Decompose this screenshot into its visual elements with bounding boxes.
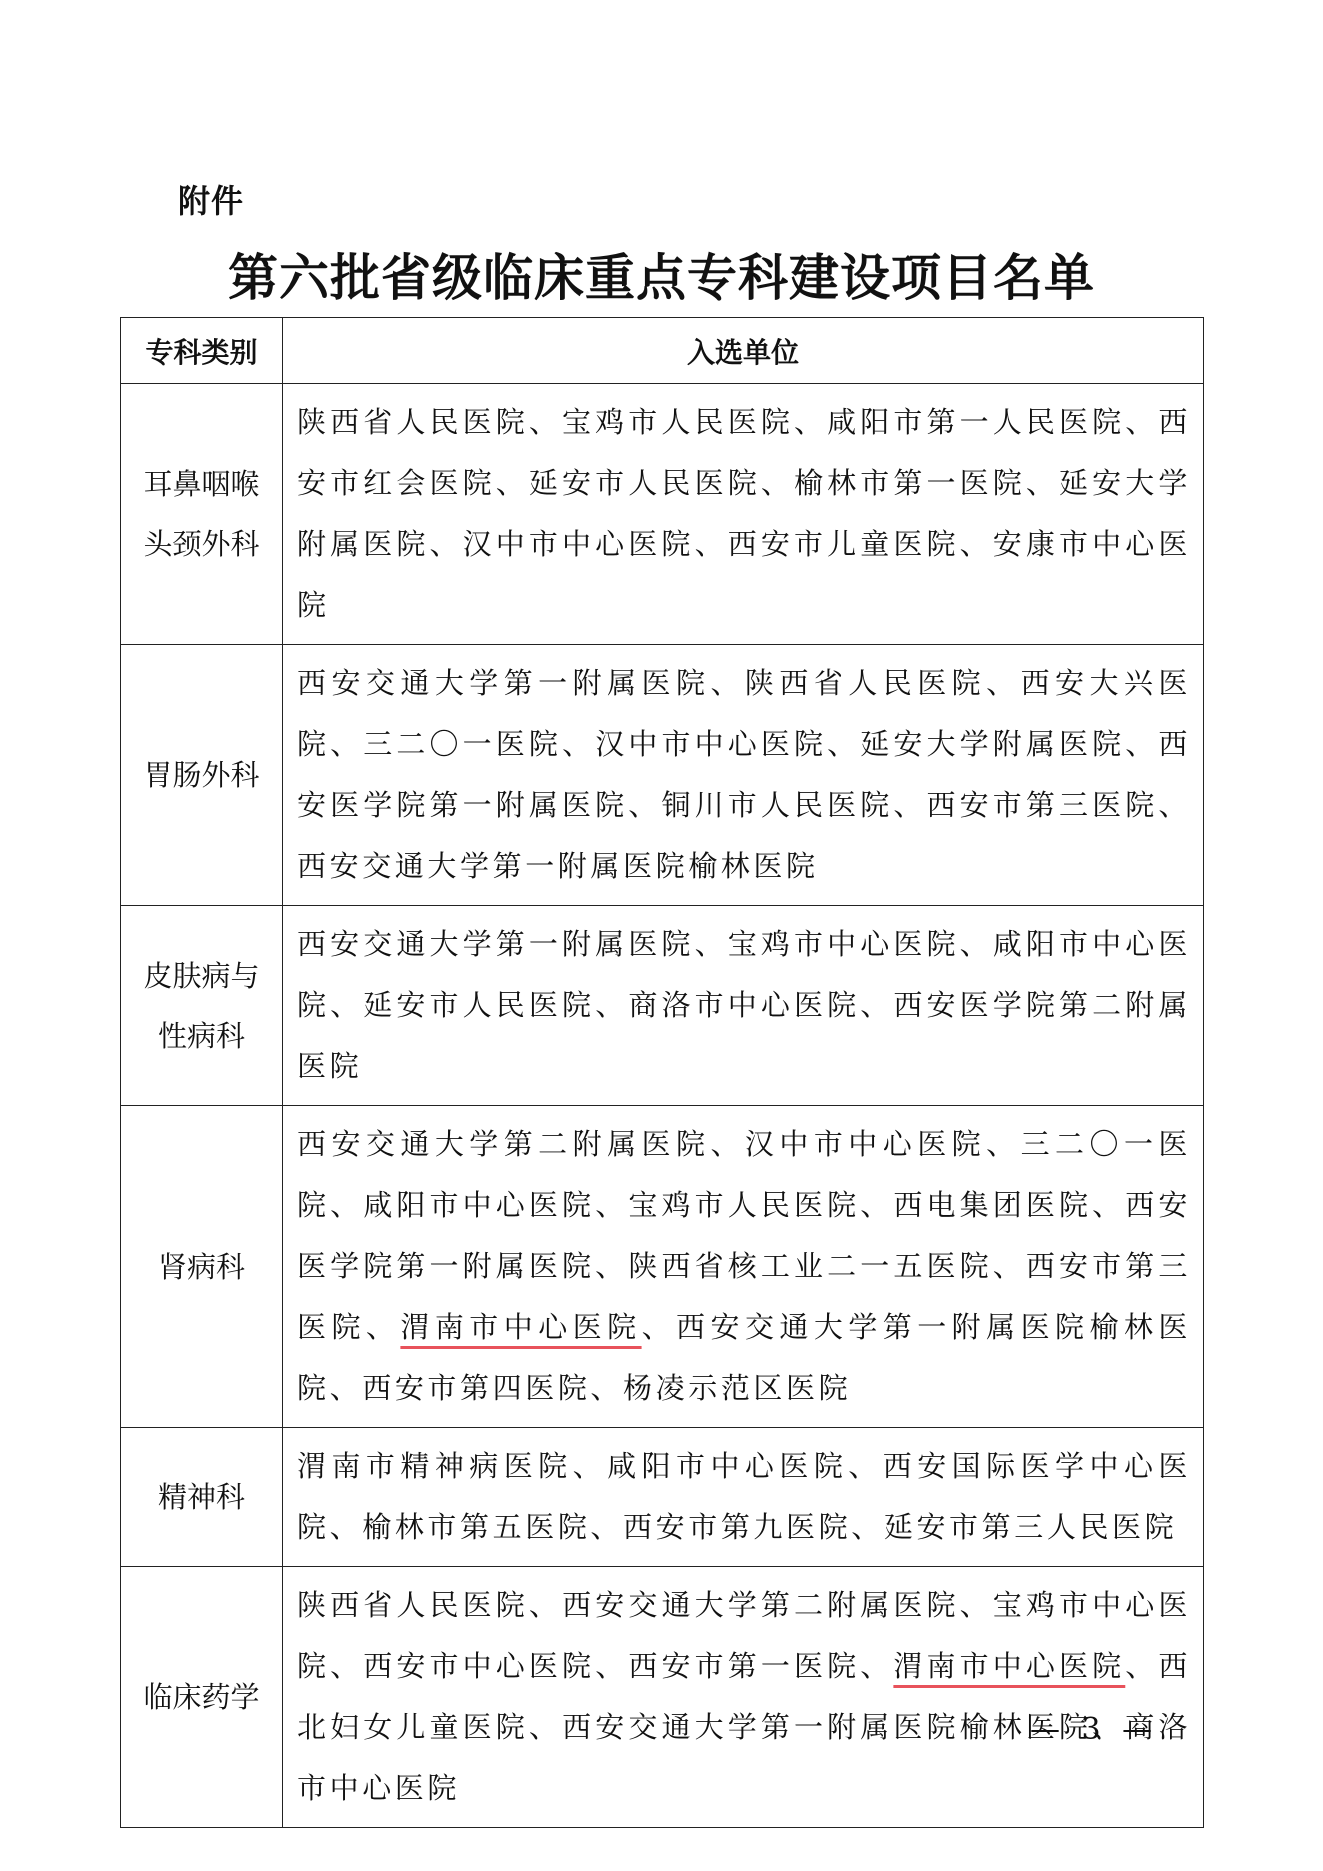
separator: 、	[993, 1249, 1026, 1283]
separator: 、	[860, 1649, 893, 1683]
separator: 、	[710, 666, 744, 700]
unit-name: 榆林市第五医院	[362, 1510, 590, 1544]
category-line: 肾病科	[131, 1237, 272, 1297]
separator: 、	[1158, 788, 1191, 822]
separator: 、	[430, 527, 463, 561]
unit-name: 西安市儿童医院	[728, 527, 960, 561]
unit-name: 延安市人民医院	[363, 988, 595, 1022]
category-line: 临床药学	[131, 1667, 272, 1727]
unit-name: 西安市第一医院	[628, 1649, 860, 1683]
separator: 、	[1026, 466, 1059, 500]
separator: 、	[642, 1310, 676, 1344]
separator: 、	[893, 788, 926, 822]
separator: 、	[1092, 1188, 1125, 1222]
separator: 、	[496, 466, 529, 500]
page-number: — 3 —	[1030, 1712, 1158, 1747]
separator: 、	[960, 527, 993, 561]
separator: 、	[595, 988, 628, 1022]
category-line: 性病科	[131, 1006, 272, 1066]
category-line: 胃肠外科	[131, 745, 272, 805]
selected-units: 西安交通大学第二附属医院、汉中市中心医院、三二〇一医院、咸阳市中心医院、宝鸡市人…	[283, 1106, 1204, 1428]
selected-units: 渭南市精神病医院、咸阳市中心医院、西安国际医学中心医院、榆林市第五医院、西安市第…	[283, 1428, 1204, 1567]
unit-name: 三二〇一医院	[363, 727, 562, 761]
selected-units: 西安交通大学第一附属医院、陕西省人民医院、西安大兴医院、三二〇一医院、汉中市中心…	[283, 645, 1204, 906]
separator: 、	[710, 1127, 744, 1161]
attachment-label: 附件	[178, 176, 244, 222]
unit-name: 延安市第三人民医院	[884, 1510, 1177, 1544]
separator: 、	[595, 1188, 628, 1222]
unit-name: 汉中市中心医院	[595, 727, 827, 761]
separator: 、	[590, 1510, 623, 1544]
unit-name-highlighted: 渭南市中心医院	[400, 1310, 641, 1344]
specialty-category: 肾病科	[121, 1106, 283, 1428]
unit-name: 西安交通大学第二附属医院	[297, 1127, 710, 1161]
separator: 、	[695, 527, 728, 561]
separator: 、	[986, 1127, 1020, 1161]
specialty-table: 专科类别 入选单位 耳鼻咽喉头颈外科陕西省人民医院、宝鸡市人民医院、咸阳市第一人…	[120, 317, 1204, 1828]
category-line: 头颈外科	[131, 514, 272, 574]
unit-name: 咸阳市中心医院	[363, 1188, 595, 1222]
specialty-category: 耳鼻咽喉头颈外科	[121, 384, 283, 645]
separator: 、	[590, 1371, 623, 1405]
unit-name: 陕西省人民医院	[297, 405, 529, 439]
separator: 、	[794, 405, 827, 439]
specialty-category: 精神科	[121, 1428, 283, 1567]
unit-name: 榆林市第一医院	[794, 466, 1026, 500]
separator: 、	[960, 927, 993, 961]
separator: 、	[986, 666, 1020, 700]
specialty-category: 皮肤病与性病科	[121, 906, 283, 1106]
separator: 、	[529, 1710, 562, 1744]
table-header-row: 专科类别 入选单位	[121, 318, 1204, 384]
unit-name-highlighted: 渭南市中心医院	[893, 1649, 1125, 1683]
separator: 、	[860, 1188, 893, 1222]
separator: 、	[628, 788, 661, 822]
unit-name: 西安交通大学第一附属医院榆林医院	[297, 849, 819, 883]
separator: 、	[595, 1649, 628, 1683]
unit-name: 西安市中心医院	[363, 1649, 595, 1683]
unit-name: 咸阳市第一人民医院	[827, 405, 1125, 439]
separator: 、	[529, 405, 562, 439]
separator: 、	[960, 1588, 993, 1622]
separator: 、	[595, 1249, 628, 1283]
unit-name: 西安交通大学第一附属医院榆林医院	[562, 1710, 1092, 1744]
unit-name: 延安大学附属医院	[860, 727, 1125, 761]
category-line: 精神科	[131, 1467, 272, 1527]
unit-name: 汉中市中心医院	[745, 1127, 986, 1161]
table-row: 临床药学陕西省人民医院、西安交通大学第二附属医院、宝鸡市中心医院、西安市中心医院…	[121, 1567, 1204, 1828]
separator: 、	[573, 1449, 607, 1483]
unit-name: 西安交通大学第一附属医院	[297, 927, 695, 961]
unit-name: 咸阳市中心医院	[607, 1449, 848, 1483]
separator: 、	[1125, 727, 1158, 761]
unit-name: 西安交通大学第二附属医院	[562, 1588, 960, 1622]
separator: 、	[330, 727, 363, 761]
unit-name: 渭南市精神病医院	[297, 1449, 573, 1483]
table-row: 耳鼻咽喉头颈外科陕西省人民医院、宝鸡市人民医院、咸阳市第一人民医院、西安市红会医…	[121, 384, 1204, 645]
table-row: 肾病科西安交通大学第二附属医院、汉中市中心医院、三二〇一医院、咸阳市中心医院、宝…	[121, 1106, 1204, 1428]
table-row: 皮肤病与性病科西安交通大学第一附属医院、宝鸡市中心医院、咸阳市中心医院、延安市人…	[121, 906, 1204, 1106]
specialty-category: 临床药学	[121, 1567, 283, 1828]
unit-name: 西安市第九医院	[623, 1510, 851, 1544]
separator: 、	[860, 988, 893, 1022]
header-units: 入选单位	[283, 318, 1204, 384]
separator: 、	[330, 988, 363, 1022]
unit-name: 陕西省人民医院	[297, 1588, 529, 1622]
selected-units: 西安交通大学第一附属医院、宝鸡市中心医院、咸阳市中心医院、延安市人民医院、商洛市…	[283, 906, 1204, 1106]
table-row: 胃肠外科西安交通大学第一附属医院、陕西省人民医院、西安大兴医院、三二〇一医院、汉…	[121, 645, 1204, 906]
separator: 、	[330, 1188, 363, 1222]
selected-units: 陕西省人民医院、宝鸡市人民医院、咸阳市第一人民医院、西安市红会医院、延安市人民医…	[283, 384, 1204, 645]
separator: 、	[330, 1371, 363, 1405]
selected-units: 陕西省人民医院、西安交通大学第二附属医院、宝鸡市中心医院、西安市中心医院、西安市…	[283, 1567, 1204, 1828]
unit-name: 宝鸡市人民医院	[628, 1188, 860, 1222]
separator: 、	[366, 1310, 400, 1344]
separator: 、	[1125, 405, 1158, 439]
unit-name: 杨凌示范区医院	[623, 1371, 851, 1405]
separator: 、	[851, 1510, 884, 1544]
separator: 、	[529, 1588, 562, 1622]
unit-name: 陕西省核工业二一五医院	[628, 1249, 992, 1283]
separator: 、	[695, 927, 728, 961]
header-category: 专科类别	[121, 318, 283, 384]
unit-name: 汉中市中心医院	[463, 527, 695, 561]
separator: 、	[827, 727, 860, 761]
separator: 、	[330, 1510, 363, 1544]
unit-name: 宝鸡市中心医院	[728, 927, 960, 961]
unit-name: 西安市第四医院	[362, 1371, 590, 1405]
unit-name: 西安市第三医院	[926, 788, 1158, 822]
separator: 、	[330, 1649, 363, 1683]
document-title: 第六批省级临床重点专科建设项目名单	[120, 238, 1203, 310]
separator: 、	[761, 466, 794, 500]
unit-name: 宝鸡市人民医院	[562, 405, 794, 439]
specialty-category: 胃肠外科	[121, 645, 283, 906]
unit-name: 铜川市人民医院	[661, 788, 893, 822]
separator: 、	[562, 727, 595, 761]
category-line: 耳鼻咽喉	[131, 454, 272, 514]
unit-name: 商洛市中心医院	[628, 988, 860, 1022]
table-row: 精神科渭南市精神病医院、咸阳市中心医院、西安国际医学中心医院、榆林市第五医院、西…	[121, 1428, 1204, 1567]
separator: 、	[1125, 1649, 1158, 1683]
category-line: 皮肤病与	[131, 946, 272, 1006]
unit-name: 延安市人民医院	[529, 466, 761, 500]
unit-name: 西电集团医院	[893, 1188, 1092, 1222]
separator: 、	[848, 1449, 882, 1483]
unit-name: 陕西省人民医院	[745, 666, 986, 700]
unit-name: 西安交通大学第一附属医院	[297, 666, 710, 700]
